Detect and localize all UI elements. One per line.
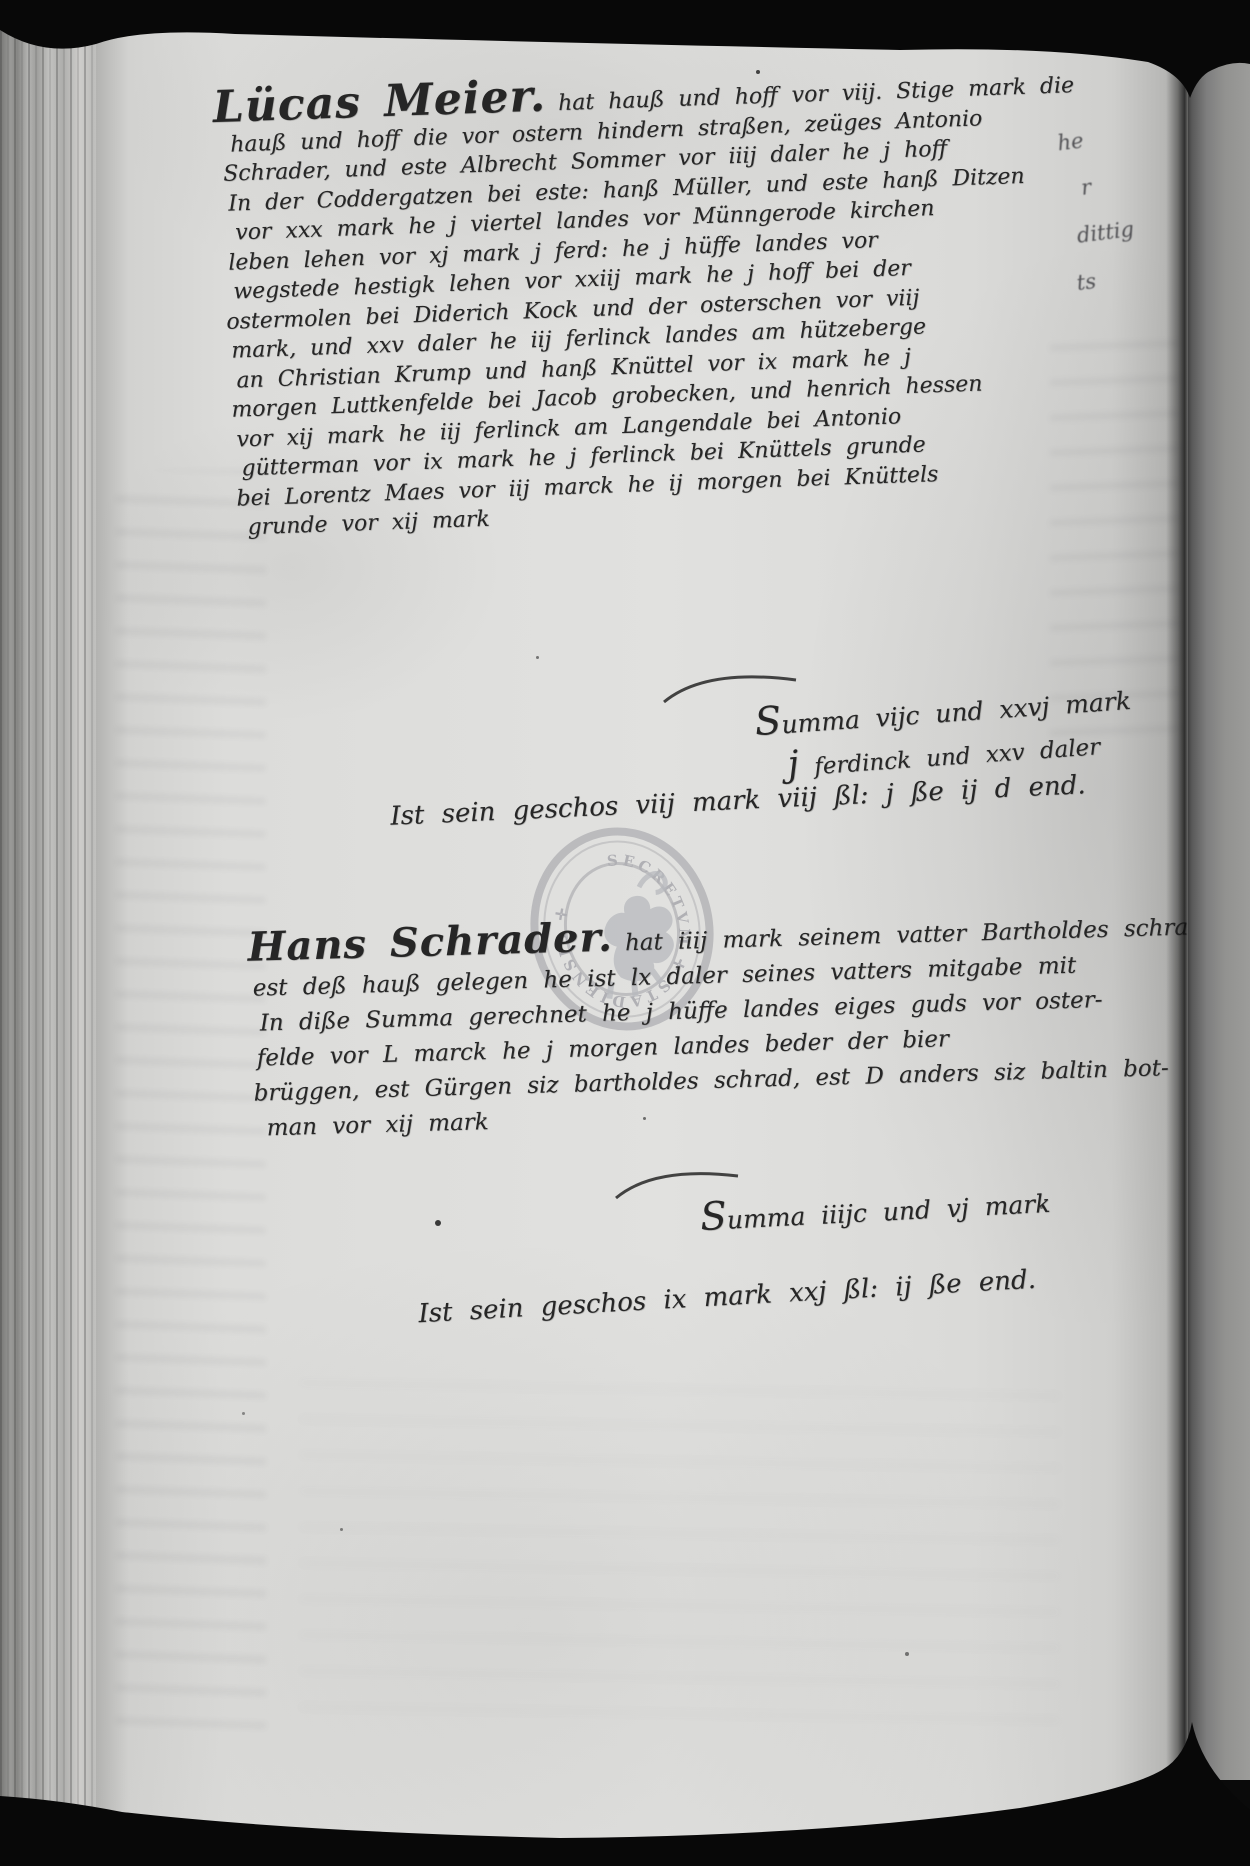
offset-mark: r xyxy=(1078,159,1131,211)
book-fore-edge-pages xyxy=(0,24,108,1824)
gutter-crease xyxy=(1166,56,1192,1768)
ink-speck xyxy=(1040,1206,1043,1209)
ink-speck xyxy=(536,656,539,659)
offset-mark: ts xyxy=(1074,253,1142,307)
right-page-sliver xyxy=(1188,40,1250,1780)
offset-mark: dittig xyxy=(1074,206,1137,260)
entry-hans-schrader: Hans Schrader.hat iiij mark seinem vatte… xyxy=(247,902,1237,1146)
ink-speck xyxy=(242,1412,245,1415)
ink-speck xyxy=(435,1220,441,1226)
entry-lucas-meier: Lücas Meier.hat hauß und hoff vor viij. … xyxy=(212,63,1089,543)
manuscript-photo: he r dittig ts SECRETVM ✛ STADIENSIS ✛ L… xyxy=(0,0,1250,1866)
ink-speck xyxy=(756,70,760,74)
ink-speck xyxy=(905,1652,909,1656)
ink-speck xyxy=(643,1117,646,1120)
ink-speck xyxy=(452,110,455,113)
ink-speck xyxy=(340,1528,343,1531)
